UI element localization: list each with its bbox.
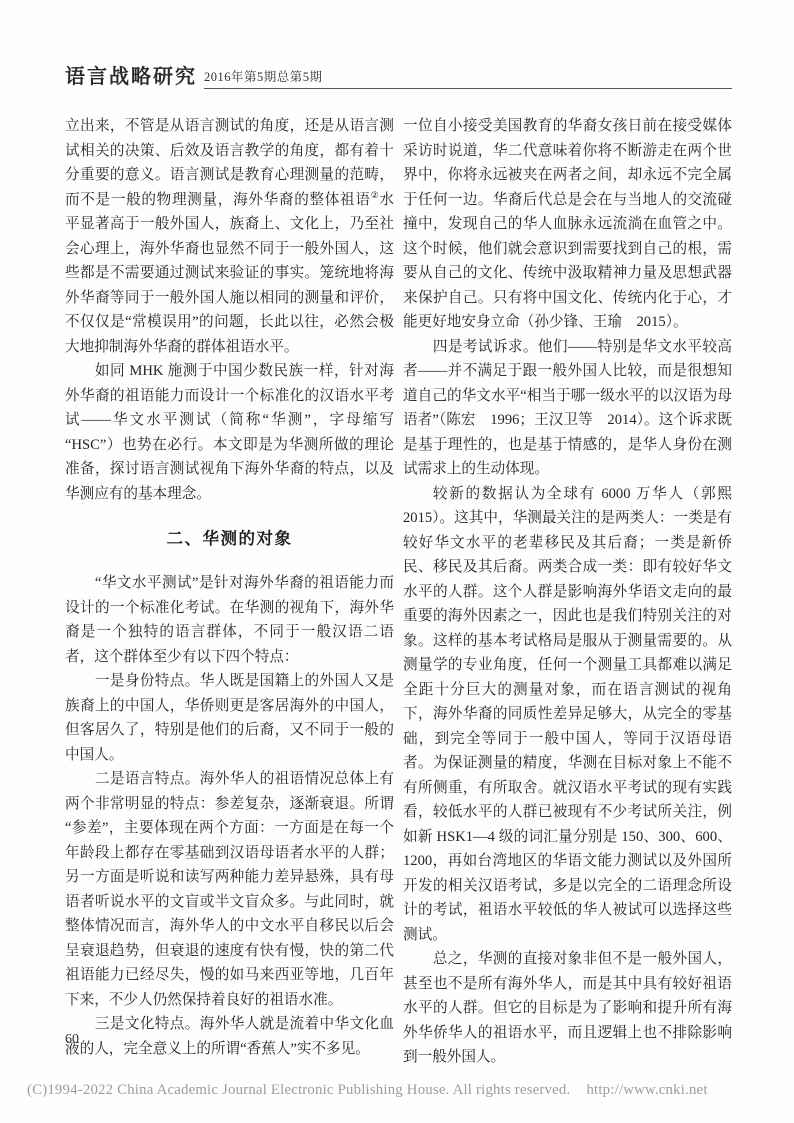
paragraph: 较新的数据认为全球有 6000 万华人（郭熙 2015）。这其中，华测最关注的是… bbox=[403, 482, 732, 948]
column-left: 立出来，不管是从语言测试的角度，还是从语言测试相关的决策、后效及语言教学的角度，… bbox=[65, 114, 394, 1061]
journal-page: 语言战略研究 2016年第5期总第5期 立出来，不管是从语言测试的角度，还是从语… bbox=[0, 0, 794, 1123]
column-right: 一位自小接受美国教育的华裔女孩日前在接受媒体采访时说道，华二代意味着你将不断游走… bbox=[403, 114, 732, 1070]
page-header: 语言战略研究 2016年第5期总第5期 bbox=[65, 66, 732, 89]
article-body: 立出来，不管是从语言测试的角度，还是从语言测试相关的决策、后效及语言教学的角度，… bbox=[65, 114, 732, 1070]
copyright-notice: (C)1994-2022 China Academic Journal Elec… bbox=[27, 1082, 570, 1098]
copyright-bar: (C)1994-2022 China Academic Journal Elec… bbox=[27, 1082, 708, 1099]
paragraph: 总之，华测的直接对象非但不是一般外国人，甚至也不是所有海外华人，而是其中具有较好… bbox=[403, 947, 732, 1070]
issue-info: 2016年第5期总第5期 bbox=[204, 67, 323, 85]
page-number: 60 bbox=[65, 1032, 79, 1048]
paragraph: 如同 MHK 施测于中国少数民族一样，针对海外华裔的祖语能力而设计一个标准化的汉… bbox=[65, 359, 394, 506]
paragraph: 四是考试诉求。他们——特别是华文水平较高者——并不满足于跟一般外国人比较，而是很… bbox=[403, 335, 732, 482]
cnki-url: http://www.cnki.net bbox=[586, 1082, 707, 1098]
paragraph: 立出来，不管是从语言测试的角度，还是从语言测试相关的决策、后效及语言教学的角度，… bbox=[65, 114, 394, 359]
header-rule: 2016年第5期总第5期 bbox=[204, 67, 732, 89]
section-heading: 二、华测的对象 bbox=[65, 527, 394, 551]
paragraph: 一位自小接受美国教育的华裔女孩日前在接受媒体采访时说道，华二代意味着你将不断游走… bbox=[403, 114, 732, 335]
journal-title: 语言战略研究 bbox=[65, 66, 197, 89]
paragraph: 二是语言特点。海外华人的祖语情况总体上有两个非常明显的特点：参差复杂，逐渐衰退。… bbox=[65, 767, 394, 1012]
paragraph: 三是文化特点。海外华人就是流着中华文化血液的人，完全意义上的所谓“香蕉人”实不多… bbox=[65, 1012, 394, 1061]
paragraph: 一是身份特点。华人既是国籍上的外国人又是族裔上的中国人，华侨则更是客居海外的中国… bbox=[65, 669, 394, 767]
paragraph: “华文水平测试”是针对海外华裔的祖语能力而设计的一个标准化考试。在华测的视角下，… bbox=[65, 571, 394, 669]
